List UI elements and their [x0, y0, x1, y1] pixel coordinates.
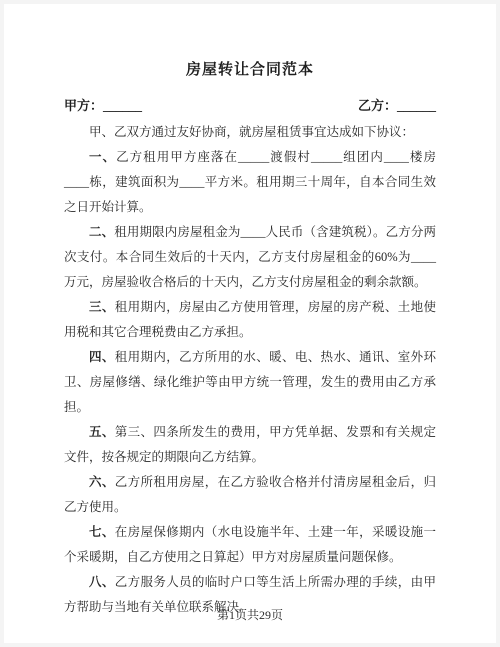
clause-number: 六、: [89, 475, 115, 489]
clause-paragraph-6: 六、乙方所租用房屋，在乙方验收合格并付清房屋租金后，归乙方使用。: [64, 470, 436, 520]
intro-paragraph: 甲、乙双方通过友好协商，就房屋租赁事宜达成如下协议：: [64, 120, 436, 145]
clause-paragraph-2: 二、租用期限内房屋租金为____人民币（含建筑税）。乙方分两次支付。本合同生效后…: [64, 220, 436, 295]
doc-title: 房屋转让合同范本: [64, 58, 436, 79]
clause-text: 租用期内，房屋由乙方使用管理，房屋的房产税、土地使用税和其它合理税费由乙方承担。: [64, 300, 436, 339]
party-b-label: 乙方：: [358, 98, 397, 113]
contract-body: 甲、乙双方通过友好协商，就房屋租赁事宜达成如下协议： 一、乙方租用甲方座落在__…: [64, 120, 436, 620]
page-number-footer: 第1页共29页: [4, 606, 496, 623]
clause-paragraph-7: 七、在房屋保修期内（水电设施半年、土建一年，采暖设施一个采暖期，自乙方使用之日算…: [64, 520, 436, 570]
clause-text: 第三、四条所发生的费用，甲方凭单据、发票和有关规定文件，按各规定的期限向乙方结算…: [64, 425, 436, 464]
party-a-blank: ______: [103, 98, 142, 113]
clause-number: 七、: [89, 525, 115, 539]
clause-text: 租用期限内房屋租金为____人民币（含建筑税）。乙方分两次支付。本合同生效后的十…: [64, 225, 436, 289]
party-b-blank: ______: [397, 98, 436, 113]
party-a-label: 甲方：: [64, 98, 103, 113]
clause-text: 乙方所租用房屋，在乙方验收合格并付清房屋租金后，归乙方使用。: [64, 475, 436, 514]
clause-number: 一、: [89, 150, 116, 164]
clause-paragraph-4: 四、租用期内，乙方所用的水、暖、电、热水、通讯、室外环卫、房屋修缮、绿化维护等由…: [64, 345, 436, 420]
clause-number: 三、: [89, 300, 115, 314]
clause-text: 乙方租用甲方座落在_____渡假村_____组团内____楼房____栋，建筑面…: [64, 150, 436, 214]
document-page: 房屋转让合同范本 甲方：______ 乙方：______ 甲、乙双方通过友好协商…: [4, 4, 496, 643]
parties-row: 甲方：______ 乙方：______: [64, 95, 436, 114]
clause-number: 五、: [89, 425, 115, 439]
intro-text: 甲、乙双方通过友好协商，就房屋租赁事宜达成如下协议：: [89, 125, 414, 139]
party-a: 甲方：______: [64, 95, 142, 114]
party-b: 乙方：______: [358, 95, 436, 114]
clause-number: 八、: [89, 575, 115, 589]
clause-number: 四、: [89, 350, 115, 364]
clause-text: 租用期内，乙方所用的水、暖、电、热水、通讯、室外环卫、房屋修缮、绿化维护等由甲方…: [64, 350, 436, 414]
clause-text: 在房屋保修期内（水电设施半年、土建一年，采暖设施一个采暖期，自乙方使用之日算起）…: [64, 525, 436, 564]
clause-number: 二、: [89, 225, 114, 239]
clause-paragraph-5: 五、第三、四条所发生的费用，甲方凭单据、发票和有关规定文件，按各规定的期限向乙方…: [64, 420, 436, 470]
clause-paragraph-3: 三、租用期内，房屋由乙方使用管理，房屋的房产税、土地使用税和其它合理税费由乙方承…: [64, 295, 436, 345]
clause-paragraph-1: 一、乙方租用甲方座落在_____渡假村_____组团内____楼房____栋，建…: [64, 145, 436, 220]
